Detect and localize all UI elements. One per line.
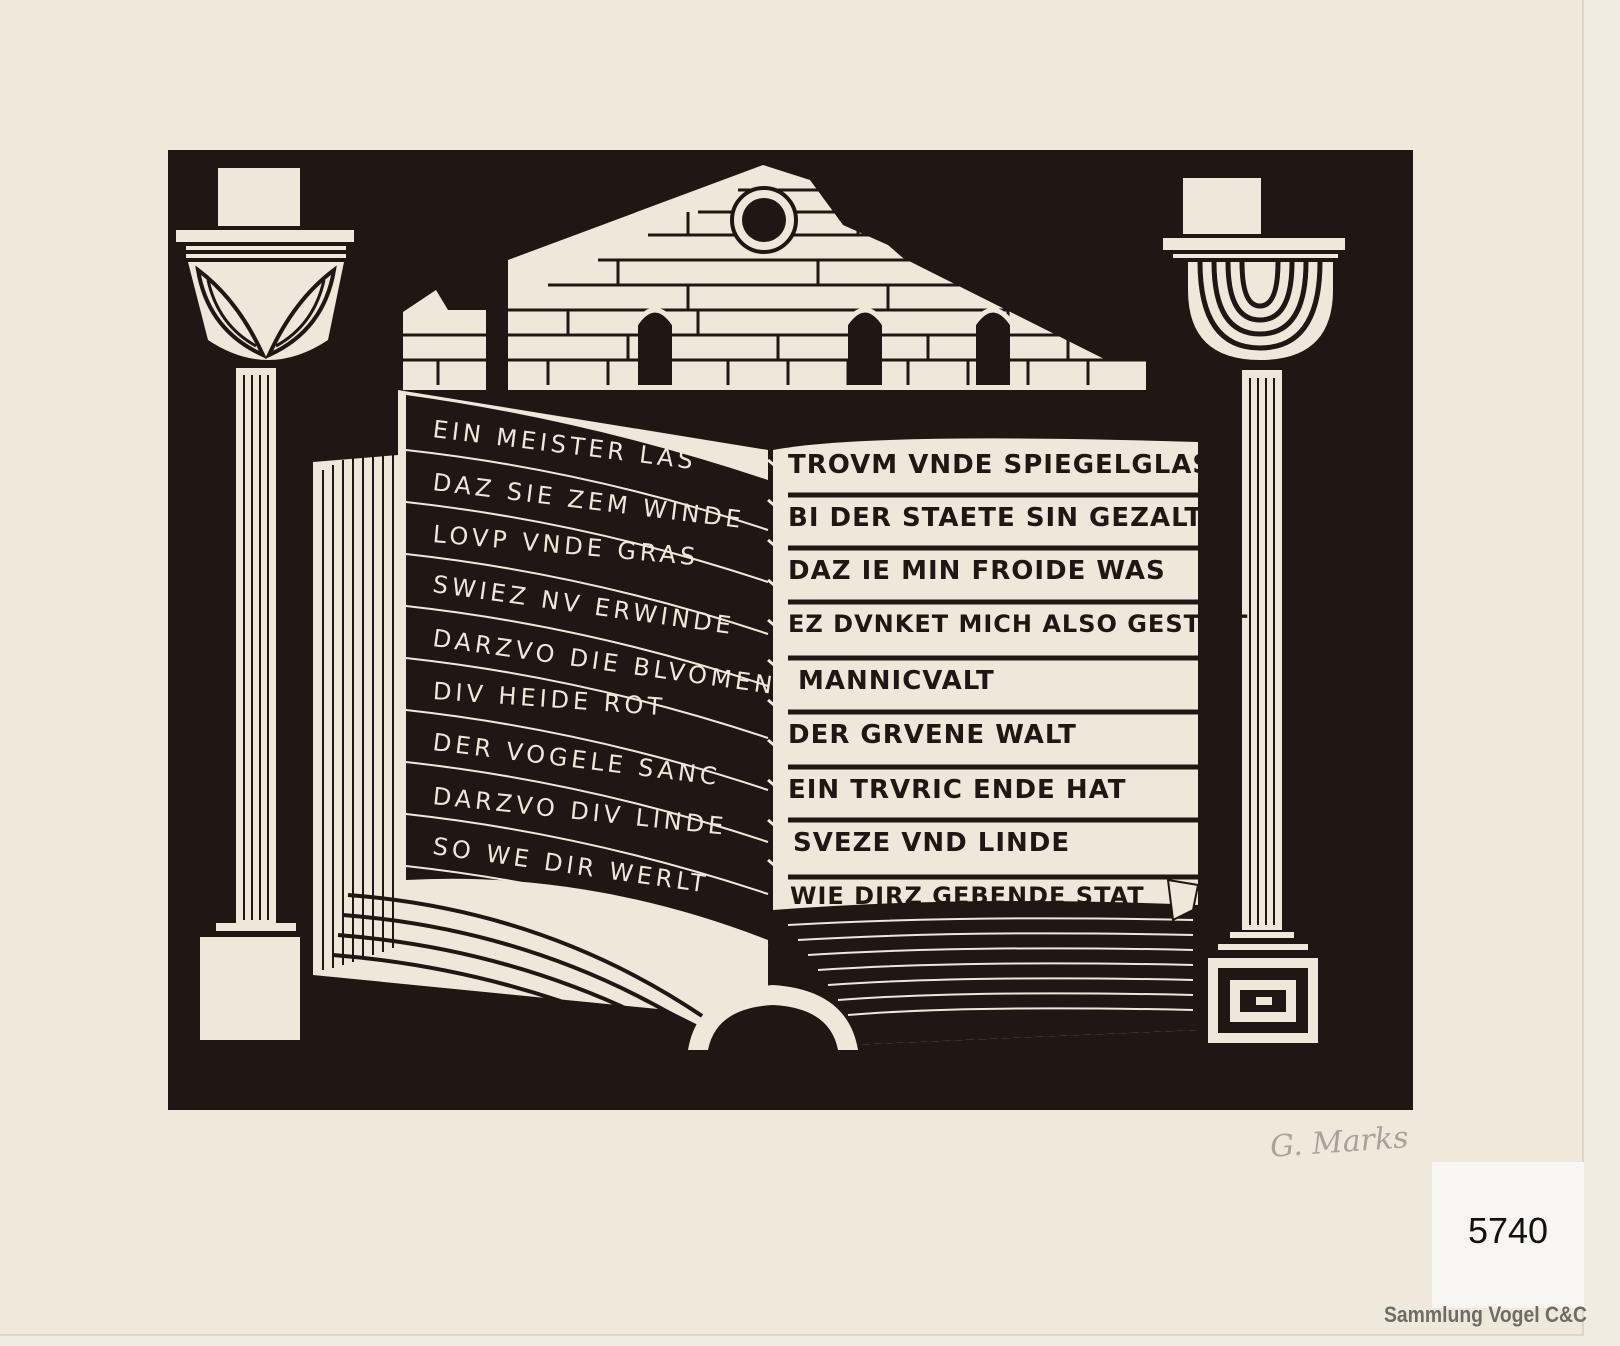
right-column-base	[1208, 958, 1318, 1043]
left-column-capital-leaves	[188, 262, 344, 360]
right-page-line: DER GRVENE WALT	[788, 720, 1077, 750]
left-column-abacus	[218, 168, 300, 226]
right-page-line: SVEZE VND LINDE	[793, 828, 1070, 858]
right-column-abacus	[1183, 178, 1261, 234]
romanesque-building-ruin	[403, 165, 1146, 390]
left-column-base	[200, 937, 300, 1040]
right-page-line: WIE DIRZ GEBENDE STAT	[790, 882, 1145, 910]
right-page-line: EIN TRVRIC ENDE HAT	[788, 775, 1126, 805]
woodcut-print: EIN MEISTER LAS DAZ SIE ZEM WINDE LOVP V…	[168, 150, 1413, 1110]
left-column-shaft	[236, 368, 276, 923]
collection-watermark: Sammlung Vogel C&C	[1384, 1302, 1587, 1328]
right-page-line: EZ DVNKET MICH ALSO GESTALT	[788, 610, 1248, 638]
right-page-line: MANNICVALT	[798, 666, 995, 696]
right-page-line: BI DER STAETE SIN GEZALT	[788, 503, 1203, 533]
right-page-line: DAZ IE MIN FROIDE WAS	[788, 556, 1166, 586]
right-column-shaft	[1242, 370, 1282, 930]
inventory-label: 5740	[1432, 1162, 1584, 1308]
right-page-line: TROVM VNDE SPIEGELGLAS	[788, 450, 1212, 480]
right-column-capital-arcs	[1188, 262, 1333, 360]
inventory-number: 5740	[1432, 1210, 1584, 1252]
